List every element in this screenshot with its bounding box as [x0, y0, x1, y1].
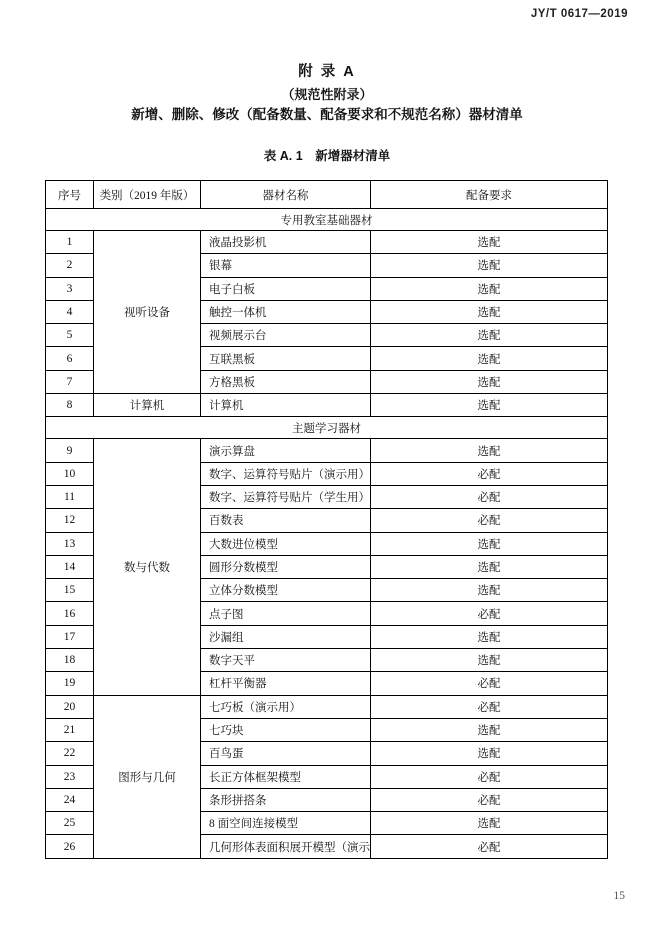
equipment-name-cell: 互联黑板	[201, 347, 371, 370]
row-number-cell: 18	[46, 649, 94, 672]
row-number-cell: 4	[46, 300, 94, 323]
row-number-cell: 19	[46, 672, 94, 695]
table-row: 20图形与几何七巧板（演示用）必配	[46, 695, 608, 718]
requirement-cell: 选配	[371, 300, 608, 323]
row-number-cell: 14	[46, 555, 94, 578]
requirement-cell: 必配	[371, 509, 608, 532]
table-caption: 表 A. 1 新增器材清单	[0, 146, 654, 164]
row-number-cell: 1	[46, 231, 94, 254]
row-number-cell: 16	[46, 602, 94, 625]
equipment-name-cell: 杠杆平衡器	[201, 672, 371, 695]
equipment-name-cell: 液晶投影机	[201, 231, 371, 254]
requirement-cell: 选配	[371, 277, 608, 300]
equipment-name-cell: 触控一体机	[201, 300, 371, 323]
equipment-name-cell: 数字、运算符号贴片（演示用）	[201, 462, 371, 485]
row-number-cell: 24	[46, 788, 94, 811]
equipment-name-cell: 长正方体框架模型	[201, 765, 371, 788]
equipment-name-cell: 立体分数模型	[201, 579, 371, 602]
equipment-table: 序号 类别（2019 年版） 器材名称 配备要求 专用教室基础器材1视听设备液晶…	[45, 180, 608, 859]
doc-number: JY/T 0617—2019	[531, 8, 628, 20]
equipment-name-cell: 视频展示台	[201, 324, 371, 347]
requirement-cell: 必配	[371, 672, 608, 695]
requirement-cell: 必配	[371, 485, 608, 508]
row-number-cell: 11	[46, 485, 94, 508]
requirement-cell: 选配	[371, 812, 608, 835]
row-number-cell: 22	[46, 742, 94, 765]
category-cell: 数与代数	[94, 439, 201, 695]
equipment-name-cell: 点子图	[201, 602, 371, 625]
requirement-cell: 必配	[371, 788, 608, 811]
requirement-cell: 必配	[371, 835, 608, 858]
requirement-cell: 选配	[371, 742, 608, 765]
equipment-table-body: 专用教室基础器材1视听设备液晶投影机选配2银幕选配3电子白板选配4触控一体机选配…	[46, 209, 608, 859]
row-number-cell: 12	[46, 509, 94, 532]
row-number-cell: 13	[46, 532, 94, 555]
row-number-cell: 20	[46, 695, 94, 718]
requirement-cell: 选配	[371, 231, 608, 254]
header-cell-name: 器材名称	[201, 181, 371, 209]
equipment-name-cell: 数字、运算符号贴片（学生用）	[201, 485, 371, 508]
equipment-name-cell: 沙漏组	[201, 625, 371, 648]
row-number-cell: 23	[46, 765, 94, 788]
equipment-name-cell: 银幕	[201, 254, 371, 277]
table-row: 8计算机计算机选配	[46, 394, 608, 417]
equipment-name-cell: 8 面空间连接模型	[201, 812, 371, 835]
row-number-cell: 25	[46, 812, 94, 835]
row-number-cell: 8	[46, 394, 94, 417]
table-row: 主题学习器材	[46, 417, 608, 439]
section-header-cell: 专用教室基础器材	[46, 209, 608, 231]
page-number: 15	[614, 890, 626, 902]
equipment-name-cell: 条形拼搭条	[201, 788, 371, 811]
appendix-note: （规范性附录）	[0, 84, 654, 103]
row-number-cell: 17	[46, 625, 94, 648]
requirement-cell: 选配	[371, 347, 608, 370]
row-number-cell: 2	[46, 254, 94, 277]
requirement-cell: 必配	[371, 602, 608, 625]
equipment-name-cell: 电子白板	[201, 277, 371, 300]
equipment-name-cell: 百鸟蛋	[201, 742, 371, 765]
table-row: 9数与代数演示算盘选配	[46, 439, 608, 462]
equipment-name-cell: 数字天平	[201, 649, 371, 672]
requirement-cell: 必配	[371, 695, 608, 718]
appendix-title: 附 录 A	[0, 60, 654, 81]
category-cell: 图形与几何	[94, 695, 201, 858]
header-cell-no: 序号	[46, 181, 94, 209]
requirement-cell: 选配	[371, 579, 608, 602]
document-page: JY/T 0617—2019 附 录 A （规范性附录） 新增、删除、修改（配备…	[0, 0, 654, 934]
requirement-cell: 选配	[371, 718, 608, 741]
requirement-cell: 选配	[371, 649, 608, 672]
requirement-cell: 选配	[371, 394, 608, 417]
row-number-cell: 7	[46, 370, 94, 393]
category-cell: 计算机	[94, 394, 201, 417]
header-cell-requirement: 配备要求	[371, 181, 608, 209]
row-number-cell: 6	[46, 347, 94, 370]
row-number-cell: 5	[46, 324, 94, 347]
table-row: 专用教室基础器材	[46, 209, 608, 231]
requirement-cell: 选配	[371, 370, 608, 393]
requirement-cell: 选配	[371, 532, 608, 555]
equipment-name-cell: 百数表	[201, 509, 371, 532]
equipment-name-cell: 演示算盘	[201, 439, 371, 462]
requirement-cell: 选配	[371, 324, 608, 347]
equipment-name-cell: 圆形分数模型	[201, 555, 371, 578]
requirement-cell: 选配	[371, 254, 608, 277]
equipment-name-cell: 几何形体表面积展开模型（演示用）	[201, 835, 371, 858]
category-cell: 视听设备	[94, 231, 201, 394]
requirement-cell: 选配	[371, 439, 608, 462]
equipment-name-cell: 大数进位模型	[201, 532, 371, 555]
requirement-cell: 必配	[371, 765, 608, 788]
section-header-cell: 主题学习器材	[46, 417, 608, 439]
table-header-row: 序号 类别（2019 年版） 器材名称 配备要求	[46, 181, 608, 209]
table-row: 1视听设备液晶投影机选配	[46, 231, 608, 254]
equipment-name-cell: 方格黑板	[201, 370, 371, 393]
row-number-cell: 21	[46, 718, 94, 741]
appendix-subtitle: 新增、删除、修改（配备数量、配备要求和不规范名称）器材清单	[0, 103, 654, 123]
equipment-name-cell: 七巧板（演示用）	[201, 695, 371, 718]
requirement-cell: 选配	[371, 555, 608, 578]
row-number-cell: 15	[46, 579, 94, 602]
header-cell-category: 类别（2019 年版）	[94, 181, 201, 209]
requirement-cell: 必配	[371, 462, 608, 485]
requirement-cell: 选配	[371, 625, 608, 648]
row-number-cell: 3	[46, 277, 94, 300]
equipment-name-cell: 计算机	[201, 394, 371, 417]
equipment-name-cell: 七巧块	[201, 718, 371, 741]
row-number-cell: 10	[46, 462, 94, 485]
row-number-cell: 26	[46, 835, 94, 858]
row-number-cell: 9	[46, 439, 94, 462]
